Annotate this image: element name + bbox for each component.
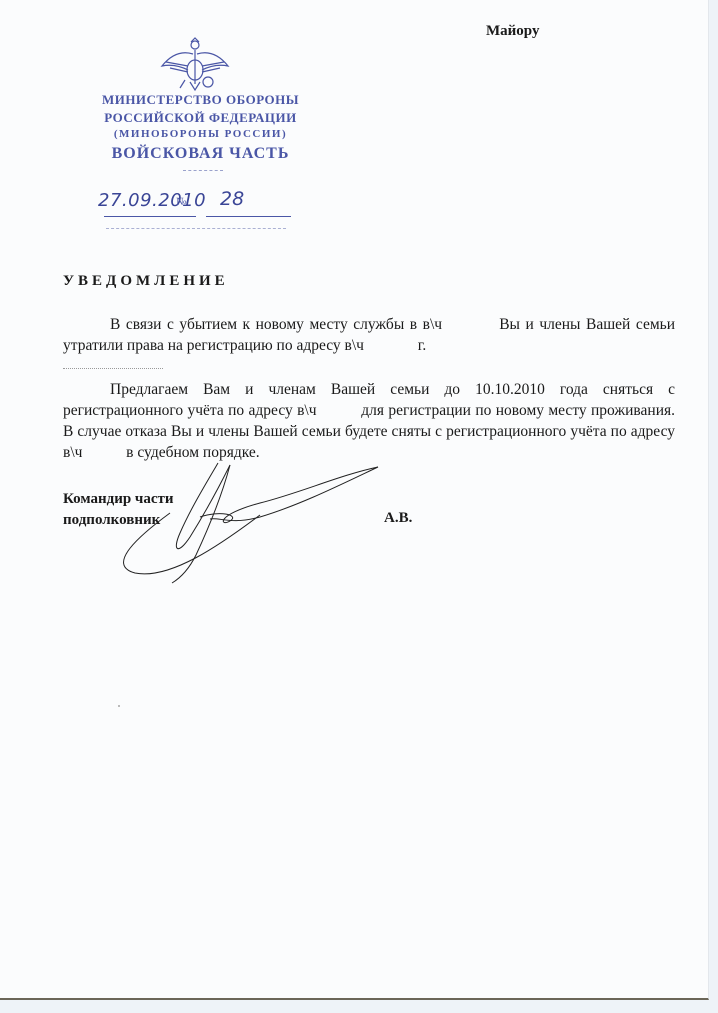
signatory-initials: А.В. (384, 510, 412, 527)
handwritten-signature-icon (110, 455, 390, 585)
official-stamp: МИНИСТЕРСТВО ОБОРОНЫ РОССИЙСКОЙ ФЕДЕРАЦИ… (88, 30, 313, 245)
stamp-ministry-line: МИНИСТЕРСТВО ОБОРОНЫ (88, 92, 313, 108)
handwritten-number: 28 (220, 188, 244, 210)
double-headed-eagle-icon (160, 36, 230, 96)
paragraph-1: В связи с убытием к новому месту службы … (63, 314, 675, 356)
redacted-unit-number (183, 170, 223, 171)
scan-speck (118, 705, 120, 707)
handwritten-date: 27.09.2010 (98, 190, 206, 211)
redacted-reference-line (106, 228, 286, 229)
stamp-unit-line: ВОЙСКОВАЯ ЧАСТЬ (88, 145, 313, 163)
p1-text-a: В связи с убытием к новому месту службы … (110, 316, 442, 333)
date-underline (104, 216, 196, 217)
addressee: Майору (486, 23, 539, 40)
number-sign: № (176, 196, 187, 208)
redacted-line (63, 368, 163, 369)
paragraph-2: Предлагаем Вам и членам Вашей семьи до 1… (63, 379, 675, 463)
document-page: МИНИСТЕРСТВО ОБОРОНЫ РОССИЙСКОЙ ФЕДЕРАЦИ… (0, 0, 709, 1000)
document-title: УВЕДОМЛЕНИЕ (63, 273, 229, 290)
stamp-federation-line: РОССИЙСКОЙ ФЕДЕРАЦИИ (88, 110, 313, 126)
p1-text-c: г. (418, 337, 426, 354)
number-underline (206, 216, 291, 217)
stamp-abbrev-line: (МИНОБОРОНЫ РОССИИ) (88, 128, 313, 140)
